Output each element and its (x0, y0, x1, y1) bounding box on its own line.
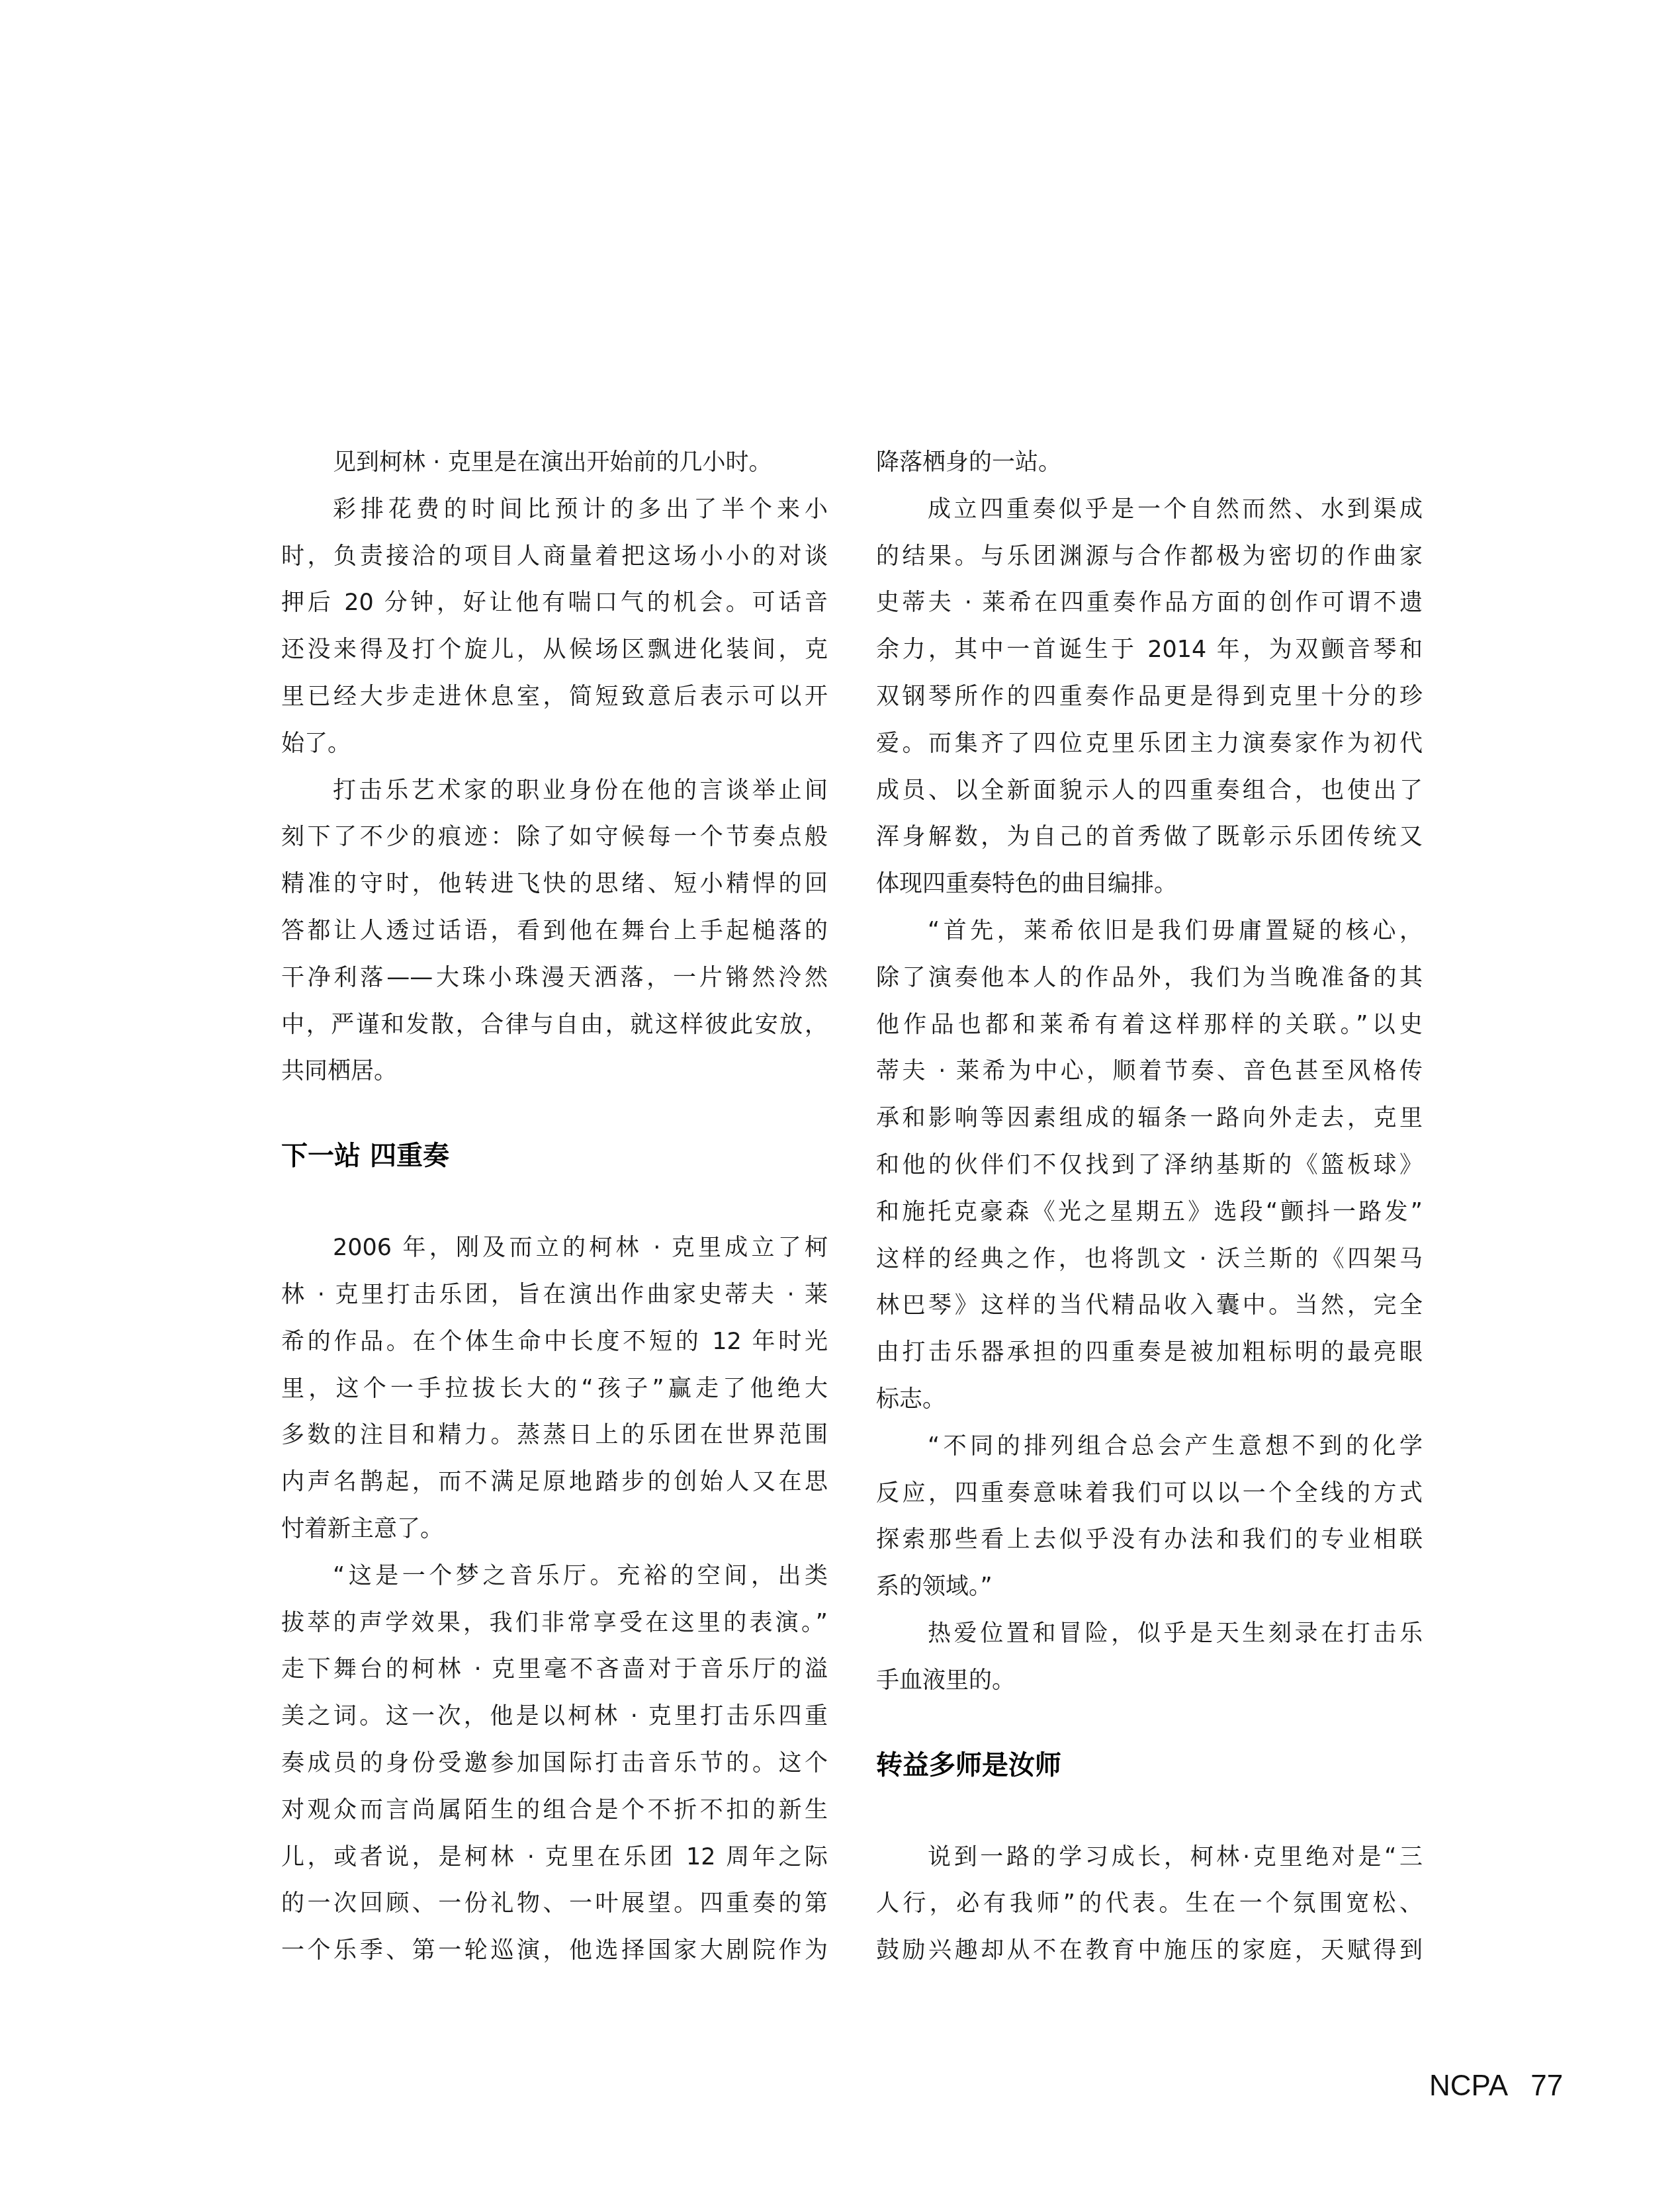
text-line: 系的领域。” (876, 1563, 1423, 1610)
text-line: 余力，其中一首诞生于 2014 年，为双颤音琴和 (876, 627, 1423, 674)
text-line: 一个乐季、第一轮巡演，他选择国家大剧院作为 (281, 1927, 828, 1974)
text-line: 体现四重奏特色的曲目编排。 (876, 861, 1423, 908)
text-line: 成员、以全新面貌示人的四重奏组合，也使出了 (876, 767, 1423, 814)
paragraph: 见到柯林 · 克里是在演出开始前的几小时。 (281, 439, 828, 486)
text-line: 儿，或者说，是柯林 · 克里在乐团 12 周年之际 (281, 1834, 828, 1881)
paragraph: “这是一个梦之音乐厅。充裕的空间，出类拔萃的声学效果，我们非常享受在这里的表演。… (281, 1553, 828, 1974)
text-line: 答都让人透过话语，看到他在舞台上手起槌落的 (281, 908, 828, 955)
article-column-left: 见到柯林 · 克里是在演出开始前的几小时。彩排花费的时间比预计的多出了半个来小时… (281, 439, 828, 1974)
text-line: 和他的伙伴们不仅找到了泽纳基斯的《篮板球》 (876, 1142, 1423, 1189)
text-line: 时，负责接洽的项目人商量着把这场小小的对谈 (281, 533, 828, 580)
text-line: 手血液里的。 (876, 1657, 1423, 1704)
text-line: 忖着新主意了。 (281, 1506, 828, 1553)
section-spacer (876, 1785, 1423, 1834)
text-line: 蒂夫 · 莱希为中心，顺着节奏、音色甚至风格传 (876, 1048, 1423, 1095)
text-line: 美之词。这一次，他是以柯林 · 克里打击乐四重 (281, 1693, 828, 1740)
text-line: 内声名鹊起，而不满足原地踏步的创始人又在思 (281, 1459, 828, 1506)
text-line: 拔萃的声学效果，我们非常享受在这里的表演。” (281, 1600, 828, 1647)
text-line: 林巴琴》这样的当代精品收入囊中。当然，完全 (876, 1282, 1423, 1329)
article-column-right: 降落栖身的一站。成立四重奏似乎是一个自然而然、水到渠成的结果。与乐团渊源与合作都… (876, 439, 1423, 1974)
text-line: 里已经大步走进休息室，简短致意后表示可以开 (281, 674, 828, 721)
paragraph: 2006 年，刚及而立的柯林 · 克里成立了柯林 · 克里打击乐团，旨在演出作曲… (281, 1225, 828, 1553)
text-line: 爱。而集齐了四位克里乐团主力演奏家作为初代 (876, 721, 1423, 767)
section-heading: 转益多师是汝师 (876, 1745, 1423, 1785)
paragraph: “首先，莱希依旧是我们毋庸置疑的核心，除了演奏他本人的作品外，我们为当晚准备的其… (876, 908, 1423, 1423)
paragraph: 成立四重奏似乎是一个自然而然、水到渠成的结果。与乐团渊源与合作都极为密切的作曲家… (876, 486, 1423, 908)
text-line: 对观众而言尚属陌生的组合是个不折不扣的新生 (281, 1787, 828, 1834)
text-line: 2006 年，刚及而立的柯林 · 克里成立了柯 (281, 1225, 828, 1272)
text-line: 探索那些看上去似乎没有办法和我们的专业相联 (876, 1516, 1423, 1563)
page-footer: NCPA 77 (1429, 2070, 1563, 2103)
text-line: 彩排花费的时间比预计的多出了半个来小 (281, 486, 828, 533)
section-heading: 下一站 四重奏 (281, 1136, 828, 1176)
text-line: 精准的守时，他转进飞快的思绪、短小精悍的回 (281, 861, 828, 908)
text-line: 林 · 克里打击乐团，旨在演出作曲家史蒂夫 · 莱 (281, 1272, 828, 1319)
text-line: 多数的注目和精力。蒸蒸日上的乐团在世界范围 (281, 1412, 828, 1459)
publication-name: NCPA (1429, 2070, 1508, 2102)
text-line: 这样的经典之作，也将凯文 · 沃兰斯的《四架马 (876, 1236, 1423, 1283)
text-line: 的结果。与乐团渊源与合作都极为密切的作曲家 (876, 533, 1423, 580)
paragraph: 彩排花费的时间比预计的多出了半个来小时，负责接洽的项目人商量着把这场小小的对谈押… (281, 486, 828, 767)
text-line: 说到一路的学习成长，柯林·克里绝对是“三 (876, 1834, 1423, 1881)
text-line: 奏成员的身份受邀参加国际打击音乐节的。这个 (281, 1740, 828, 1787)
text-line: 浑身解数，为自己的首秀做了既彰示乐团传统又 (876, 814, 1423, 861)
paragraph: 说到一路的学习成长，柯林·克里绝对是“三人行，必有我师”的代表。生在一个氛围宽松… (876, 1834, 1423, 1974)
text-line: 走下舞台的柯林 · 克里毫不吝啬对于音乐厅的溢 (281, 1646, 828, 1693)
text-line: 鼓励兴趣却从不在教育中施压的家庭，天赋得到 (876, 1927, 1423, 1974)
text-line: 由打击乐器承担的四重奏是被加粗标明的最亮眼 (876, 1329, 1423, 1376)
text-line: 还没来得及打个旋儿，从候场区飘进化装间，克 (281, 627, 828, 674)
paragraph: “不同的排列组合总会产生意想不到的化学反应，四重奏意味着我们可以以一个全线的方式… (876, 1423, 1423, 1610)
text-line: 中，严谨和发散，合律与自由，就这样彼此安放， (281, 1002, 828, 1049)
text-line: “不同的排列组合总会产生意想不到的化学 (876, 1423, 1423, 1470)
text-line: 刻下了不少的痕迹：除了如守候每一个节奏点般 (281, 814, 828, 861)
text-line: 承和影响等因素组成的辐条一路向外走去，克里 (876, 1095, 1423, 1142)
text-line: 押后 20 分钟，好让他有喘口气的机会。可话音 (281, 580, 828, 627)
text-line: 共同栖居。 (281, 1048, 828, 1095)
text-line: 里，这个一手拉拔长大的“孩子”赢走了他绝大 (281, 1366, 828, 1413)
paragraph: 热爱位置和冒险，似乎是天生刻录在打击乐手血液里的。 (876, 1610, 1423, 1704)
text-line: 干净利落——大珠小珠漫天洒落，一片锵然泠然 (281, 955, 828, 1002)
text-line: 和施托克豪森《光之星期五》选段“颤抖一路发” (876, 1189, 1423, 1236)
text-line: “这是一个梦之音乐厅。充裕的空间，出类 (281, 1553, 828, 1600)
text-line: 成立四重奏似乎是一个自然而然、水到渠成 (876, 486, 1423, 533)
text-line: 史蒂夫 · 莱希在四重奏作品方面的创作可谓不遗 (876, 580, 1423, 627)
text-line: 降落栖身的一站。 (876, 439, 1423, 486)
text-line: 见到柯林 · 克里是在演出开始前的几小时。 (281, 439, 828, 486)
text-line: “首先，莱希依旧是我们毋庸置疑的核心， (876, 908, 1423, 955)
text-line: 除了演奏他本人的作品外，我们为当晚准备的其 (876, 955, 1423, 1002)
section-spacer (876, 1704, 1423, 1745)
section-spacer (281, 1095, 828, 1136)
text-line: 双钢琴所作的四重奏作品更是得到克里十分的珍 (876, 674, 1423, 721)
text-line: 标志。 (876, 1376, 1423, 1423)
text-line: 希的作品。在个体生命中长度不短的 12 年时光 (281, 1319, 828, 1366)
section-spacer (281, 1176, 828, 1225)
page-number: 77 (1530, 2070, 1563, 2102)
text-line: 热爱位置和冒险，似乎是天生刻录在打击乐 (876, 1610, 1423, 1657)
paragraph: 降落栖身的一站。 (876, 439, 1423, 486)
text-line: 始了。 (281, 721, 828, 767)
text-line: 反应，四重奏意味着我们可以以一个全线的方式 (876, 1470, 1423, 1517)
text-line: 他作品也都和莱希有着这样那样的关联。”以史 (876, 1002, 1423, 1049)
paragraph: 打击乐艺术家的职业身份在他的言谈举止间刻下了不少的痕迹：除了如守候每一个节奏点般… (281, 767, 828, 1096)
text-line: 人行，必有我师”的代表。生在一个氛围宽松、 (876, 1880, 1423, 1927)
text-line: 打击乐艺术家的职业身份在他的言谈举止间 (281, 767, 828, 814)
text-line: 的一次回顾、一份礼物、一叶展望。四重奏的第 (281, 1880, 828, 1927)
